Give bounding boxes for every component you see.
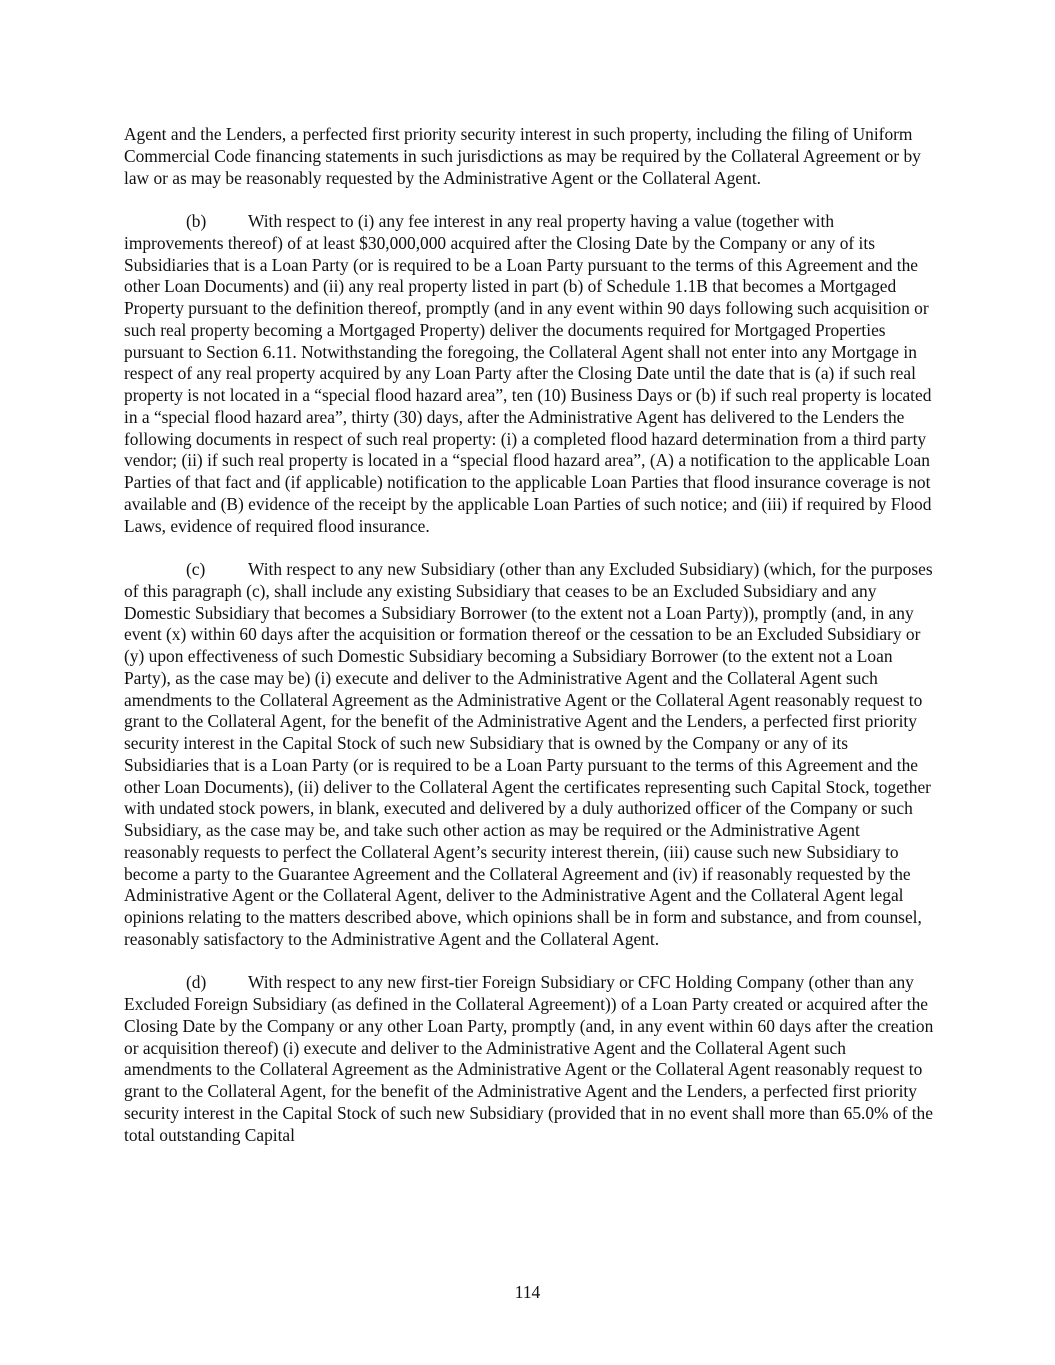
paragraph-label: (d) [186, 972, 248, 994]
paragraph-text: With respect to (i) any fee interest in … [124, 211, 931, 536]
page-number: 114 [0, 1282, 1055, 1304]
paragraph-label: (c) [186, 559, 248, 581]
paragraph-text: With respect to any new Subsidiary (othe… [124, 559, 933, 949]
paragraph-c: (c)With respect to any new Subsidiary (o… [124, 559, 936, 951]
paragraph-b: (b)With respect to (i) any fee interest … [124, 211, 936, 537]
paragraph-text: With respect to any new first-tier Forei… [124, 972, 933, 1144]
paragraph-label: (b) [186, 211, 248, 233]
document-page: Agent and the Lenders, a perfected first… [124, 124, 936, 1168]
paragraph-d: (d)With respect to any new first-tier Fo… [124, 972, 936, 1146]
paragraph-continuation: Agent and the Lenders, a perfected first… [124, 124, 936, 189]
paragraph-text: Agent and the Lenders, a perfected first… [124, 124, 921, 188]
